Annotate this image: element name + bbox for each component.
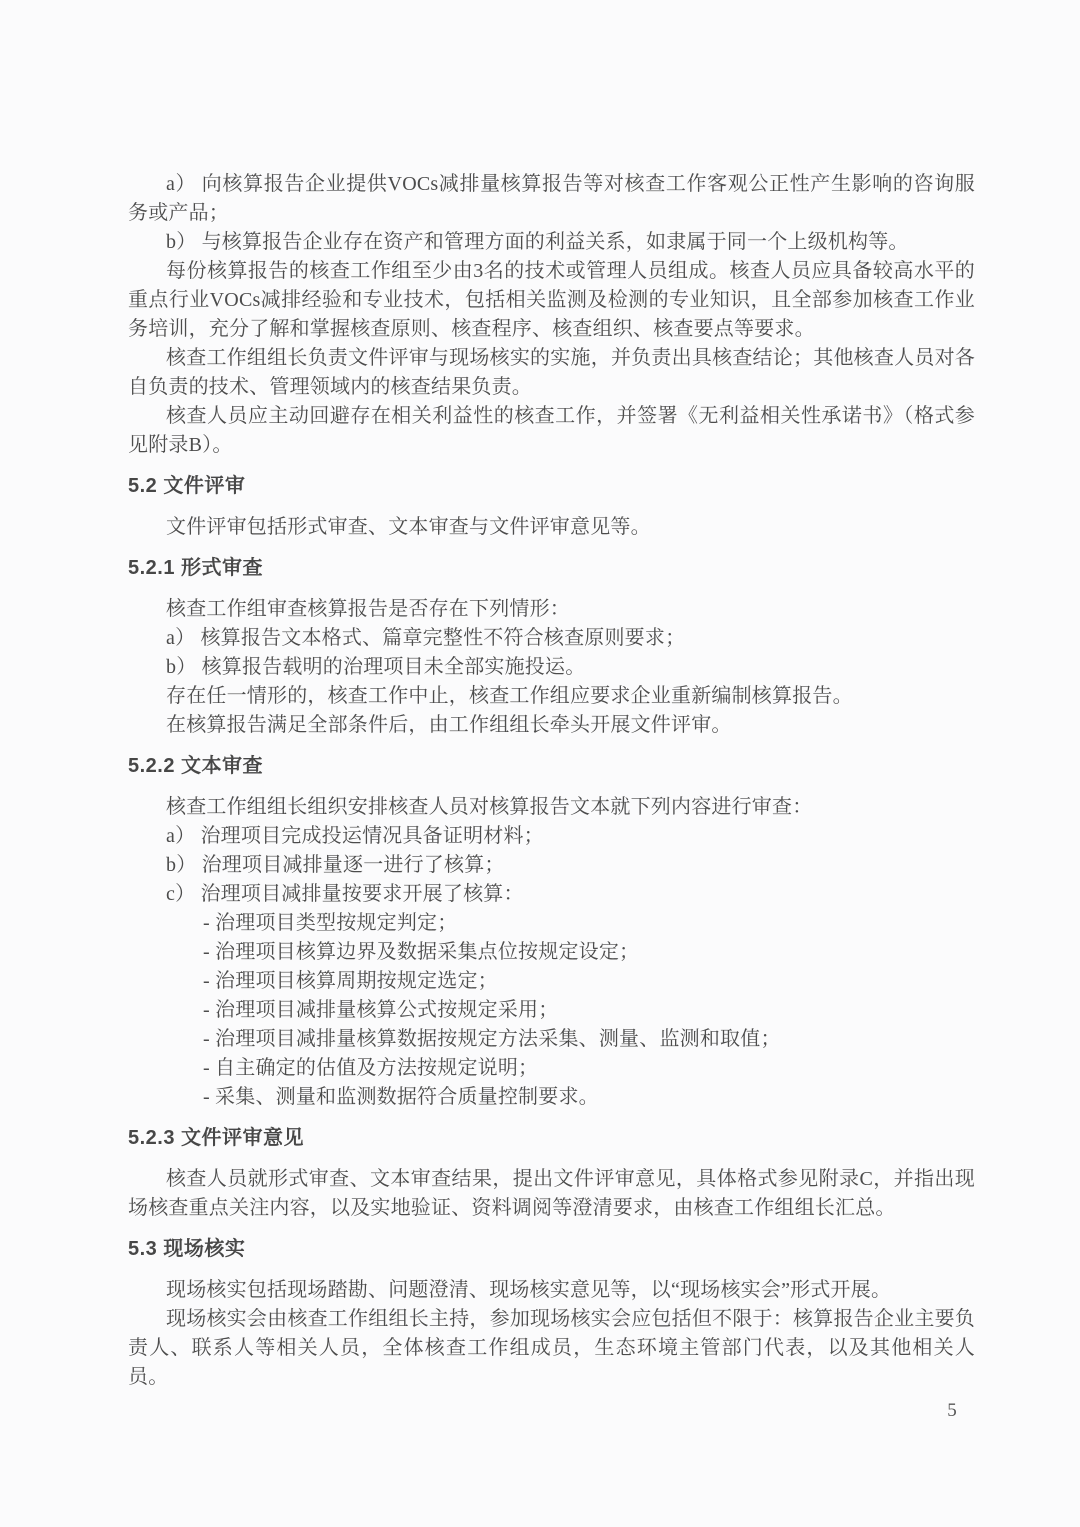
document-content: a） 向核算报告企业提供VOCs减排量核算报告等对核查工作客观公正性产生影响的咨… — [128, 170, 975, 1392]
dash-list-item: - 治理项目类型按规定判定； — [128, 909, 975, 938]
dash-list-item: - 治理项目核算边界及数据采集点位按规定设定； — [128, 938, 975, 967]
section-heading-5-3: 5.3 现场核实 — [128, 1235, 975, 1264]
dash-list-item: - 采集、测量和监测数据符合质量控制要求。 — [128, 1083, 975, 1112]
page: a） 向核算报告企业提供VOCs减排量核算报告等对核查工作客观公正性产生影响的咨… — [0, 0, 1080, 1527]
dash-list-item: - 治理项目减排量核算数据按规定方法采集、测量、监测和取值； — [128, 1025, 975, 1054]
paragraph: 核查工作组审查核算报告是否存在下列情形： — [128, 595, 975, 624]
paragraph: 文件评审包括形式审查、文本审查与文件评审意见等。 — [128, 513, 975, 542]
paragraph: 现场核实会由核查工作组组长主持，参加现场核实会应包括但不限于：核算报告企业主要负… — [128, 1305, 975, 1392]
section-heading-5-2-2: 5.2.2 文本审查 — [128, 752, 975, 781]
dash-list-item: - 治理项目减排量核算公式按规定采用； — [128, 996, 975, 1025]
paragraph-list-b: b） 核算报告载明的治理项目未全部实施投运。 — [128, 653, 975, 682]
paragraph-list-a: a） 向核算报告企业提供VOCs减排量核算报告等对核查工作客观公正性产生影响的咨… — [128, 170, 975, 228]
document-page-body: { "doc": { "page_number": "5", "text_col… — [0, 0, 1080, 1527]
paragraph: 核查工作组组长组织安排核查人员对核算报告文本就下列内容进行审查： — [128, 793, 975, 822]
paragraph-list-b: b） 与核算报告企业存在资产和管理方面的利益关系，如隶属于同一个上级机构等。 — [128, 228, 975, 257]
paragraph-list-a: a） 核算报告文本格式、篇章完整性不符合核查原则要求； — [128, 624, 975, 653]
paragraph: 核查工作组组长负责文件评审与现场核实的实施，并负责出具核查结论；其他核查人员对各… — [128, 344, 975, 402]
paragraph: 在核算报告满足全部条件后，由工作组组长牵头开展文件评审。 — [128, 711, 975, 740]
page-number: 5 — [936, 1399, 968, 1423]
paragraph-list-c: c） 治理项目减排量按要求开展了核算： — [128, 880, 975, 909]
paragraph-list-b: b） 治理项目减排量逐一进行了核算； — [128, 851, 975, 880]
section-heading-5-2-1: 5.2.1 形式审查 — [128, 554, 975, 583]
section-heading-5-2: 5.2 文件评审 — [128, 472, 975, 501]
section-heading-5-2-3: 5.2.3 文件评审意见 — [128, 1124, 975, 1153]
dash-list-item: - 自主确定的估值及方法按规定说明； — [128, 1054, 975, 1083]
paragraph: 核查人员就形式审查、文本审查结果，提出文件评审意见，具体格式参见附录C，并指出现… — [128, 1165, 975, 1223]
paragraph: 核查人员应主动回避存在相关利益性的核查工作，并签署《无利益相关性承诺书》（格式参… — [128, 402, 975, 460]
paragraph: 存在任一情形的，核查工作中止，核查工作组应要求企业重新编制核算报告。 — [128, 682, 975, 711]
dash-list-item: - 治理项目核算周期按规定选定； — [128, 967, 975, 996]
paragraph-list-a: a） 治理项目完成投运情况具备证明材料； — [128, 822, 975, 851]
paragraph: 现场核实包括现场踏勘、问题澄清、现场核实意见等，以“现场核实会”形式开展。 — [128, 1276, 975, 1305]
paragraph: 每份核算报告的核查工作组至少由3名的技术或管理人员组成。核查人员应具备较高水平的… — [128, 257, 975, 344]
